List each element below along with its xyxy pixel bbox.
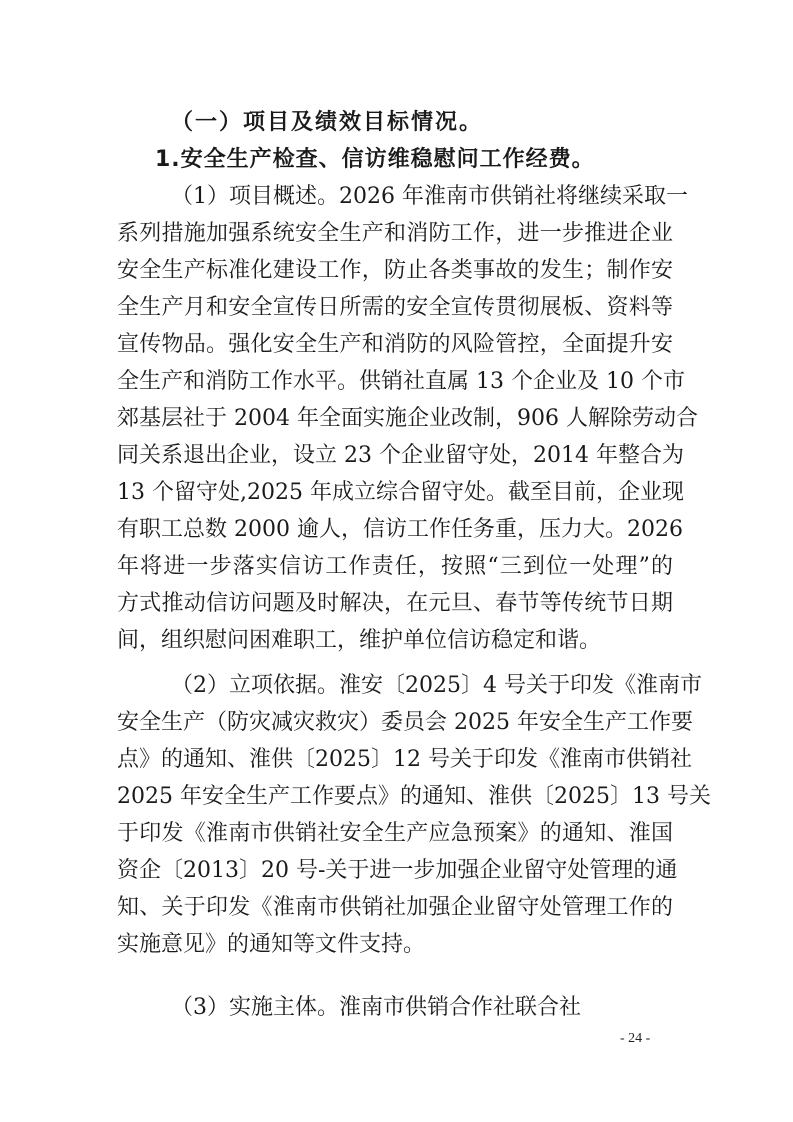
section-heading: （一）项目及绩效目标情况。	[171, 104, 673, 141]
paragraph-line: 郊基层社于 2004 年全面实施企业改制，906 人解除劳动合	[117, 400, 673, 437]
paragraph-line: 全生产月和安全宣传日所需的安全宣传贯彻展板、资料等	[117, 289, 673, 326]
paragraph-line: 间，组织慰问困难职工，维护单位信访稳定和谐。	[117, 622, 673, 659]
paragraph-line: （2）立项依据。淮安〔2025〕4 号关于印发《淮南市	[171, 667, 673, 704]
paragraph-line: 年将进一步落实信访工作责任，按照“三到位一处理”的	[117, 548, 673, 585]
paragraph-line: 于印发《淮南市供销社安全生产应急预案》的通知、淮国	[117, 815, 673, 852]
paragraph-line: 2025 年安全生产工作要点》的通知、淮供〔2025〕13 号关	[117, 778, 673, 815]
paragraph-line: 知、关于印发《淮南市供销社加强企业留守处管理工作的	[117, 889, 673, 926]
page-number: - 24 -	[620, 1030, 650, 1048]
item-heading: 1.安全生产检查、信访维稳慰问工作经费。	[155, 141, 675, 178]
paragraph-line: 有职工总数 2000 逾人，信访工作任务重，压力大。2026	[117, 511, 673, 548]
paragraph-line: 安全生产标准化建设工作，防止各类事故的发生；制作安	[117, 252, 673, 289]
paragraph-line: （1）项目概述。2026 年淮南市供销社将继续采取一	[171, 178, 673, 215]
paragraph-line: 实施意见》的通知等文件支持。	[117, 926, 673, 963]
paragraph-line: （3）实施主体。淮南市供销合作社联合社	[171, 989, 673, 1026]
paragraph-line: 安全生产（防灾减灾救灾）委员会 2025 年安全生产工作要	[117, 704, 673, 741]
paragraph-line: 资企〔2013〕20 号-关于进一步加强企业留守处管理的通	[117, 852, 673, 889]
paragraph-line: 13 个留守处,2025 年成立综合留守处。截至目前，企业现	[117, 474, 673, 511]
paragraph-line: 同关系退出企业，设立 23 个企业留守处，2014 年整合为	[117, 437, 673, 474]
paragraph-line: 系列措施加强系统安全生产和消防工作，进一步推进企业	[117, 215, 673, 252]
paragraph-line: 宣传物品。强化安全生产和消防的风险管控，全面提升安	[117, 326, 673, 363]
paragraph-line: 全生产和消防工作水平。供销社直属 13 个企业及 10 个市	[117, 363, 673, 400]
paragraph-line: 方式推动信访问题及时解决，在元旦、春节等传统节日期	[117, 585, 673, 622]
document-page: （一）项目及绩效目标情况。 1.安全生产检查、信访维稳慰问工作经费。 （1）项目…	[0, 0, 793, 1122]
paragraph-line: 点》的通知、淮供〔2025〕12 号关于印发《淮南市供销社	[117, 741, 673, 778]
